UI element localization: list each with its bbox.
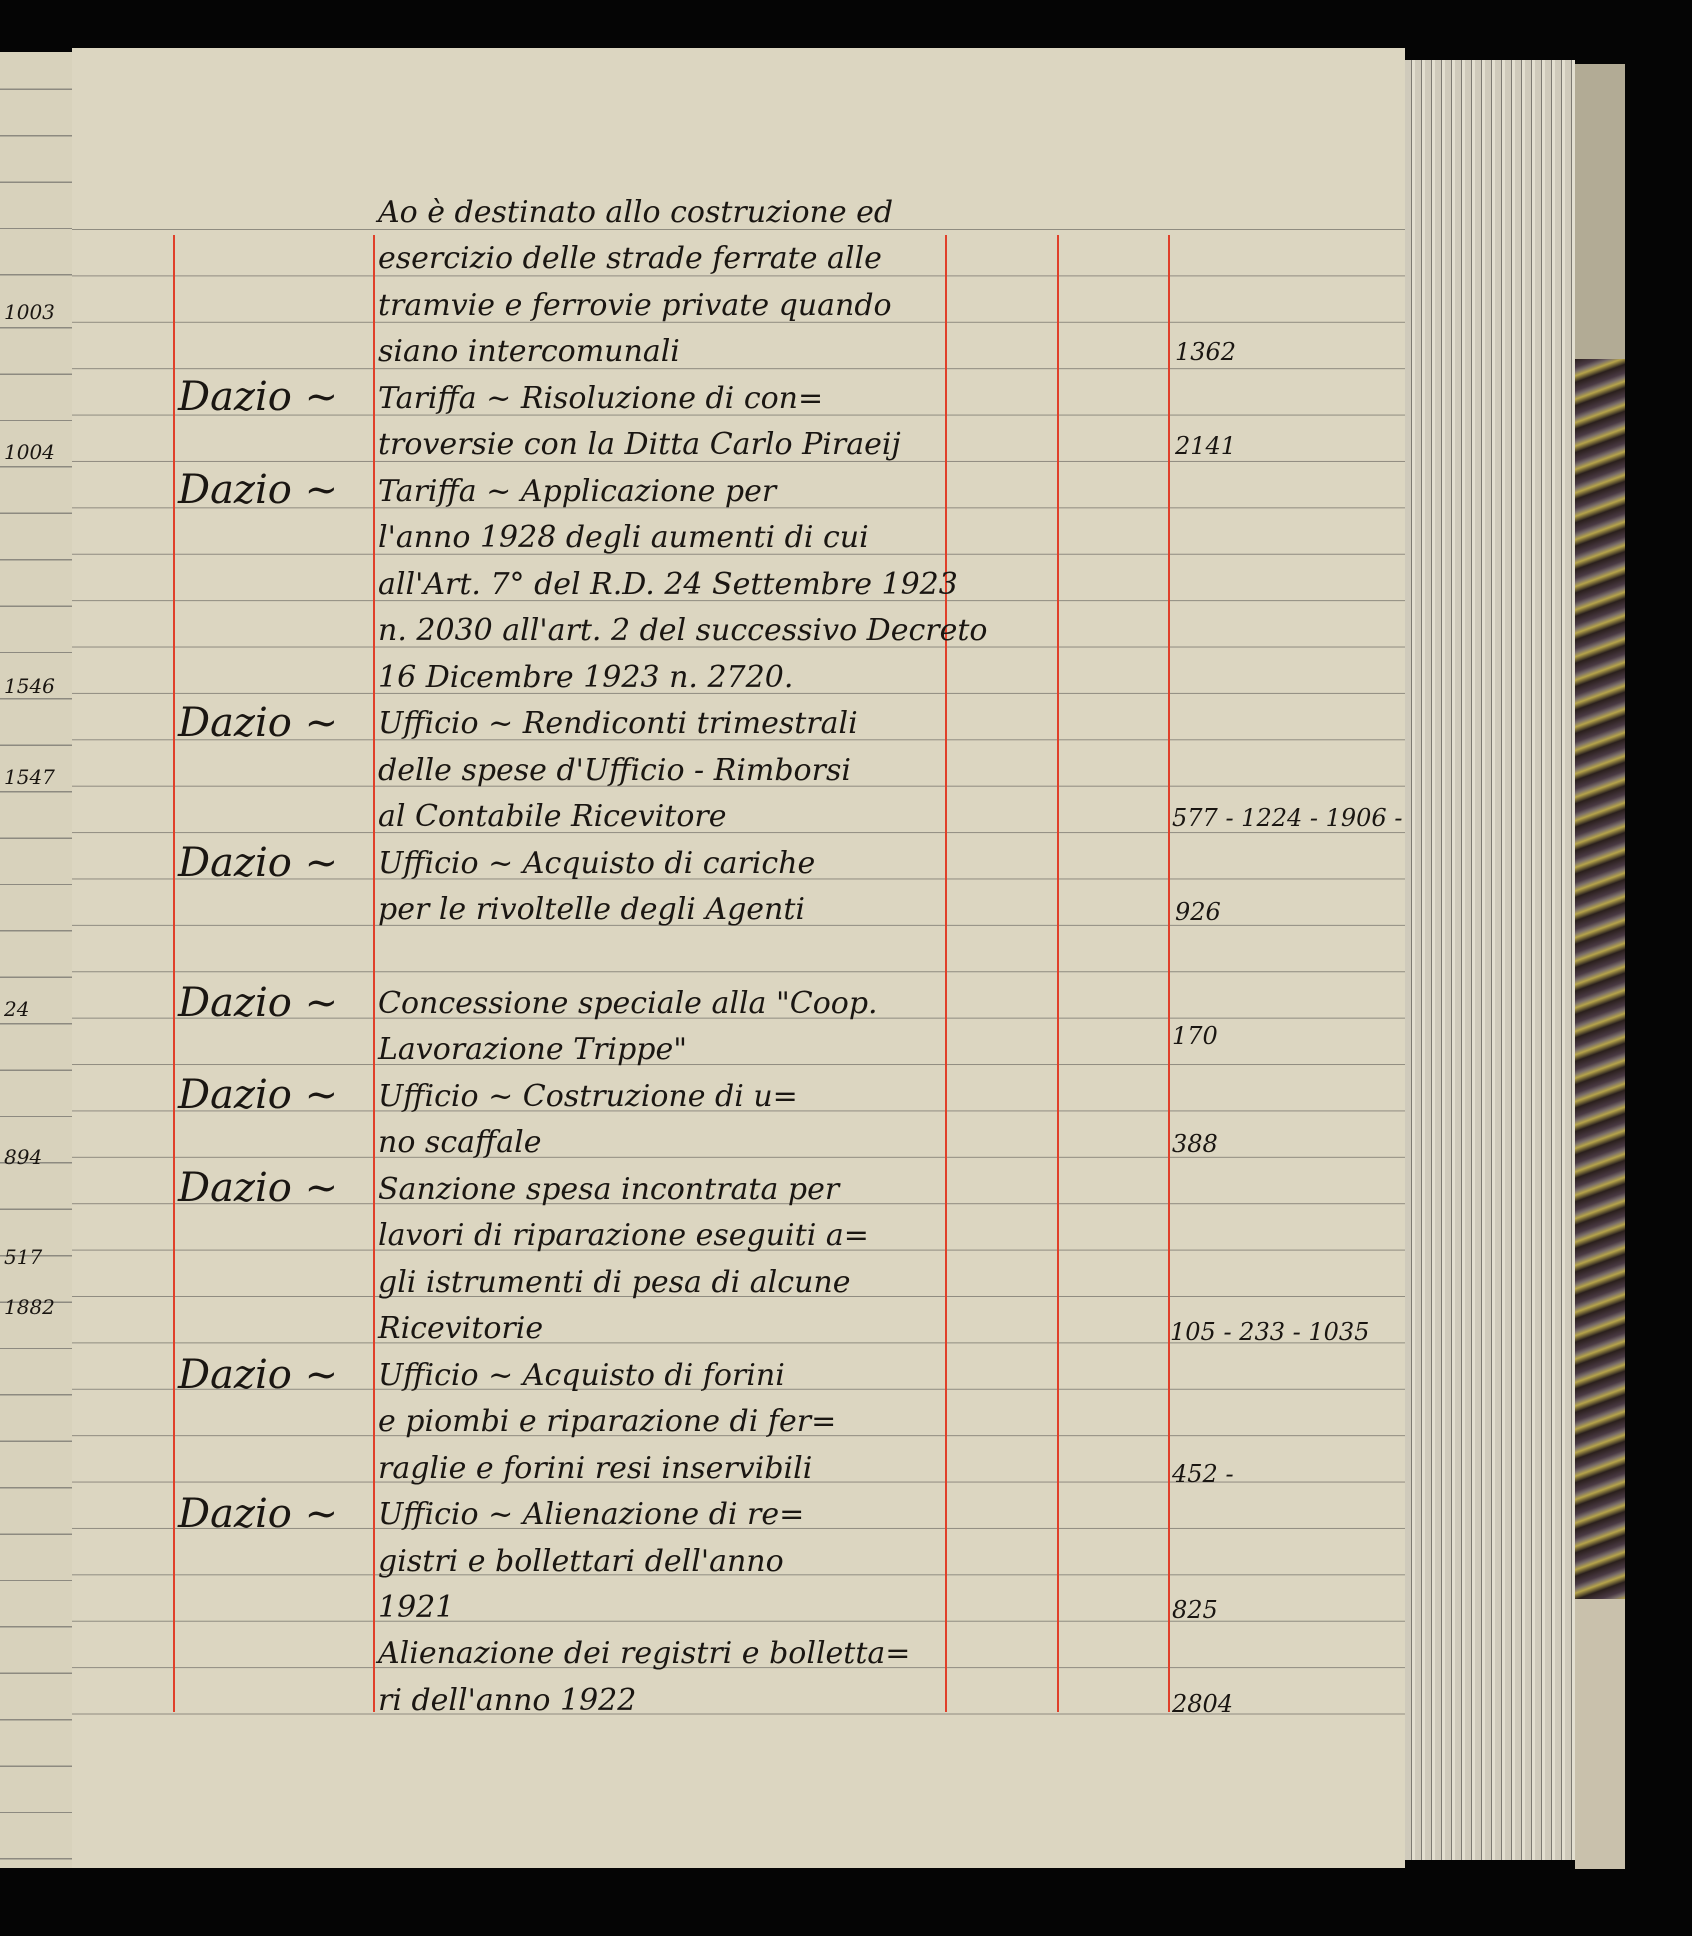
book-cover-corner-bottom <box>1575 1599 1625 1869</box>
left-ref-number: 894 <box>4 1145 42 1169</box>
entry-text-line: Ufficio ~ Rendiconti trimestrali <box>378 701 858 747</box>
entry-text-line: 1921 <box>378 1585 454 1631</box>
left-page-edge <box>0 52 73 1868</box>
entry-text-line: ri dell'anno 1922 <box>378 1678 636 1724</box>
left-ref-number: 1547 <box>4 765 55 789</box>
entry-reference: 452 - <box>1172 1460 1234 1488</box>
entry-category: Dazio ~ <box>178 1165 338 1211</box>
entry-text-line: Alienazione dei registri e bolletta= <box>378 1631 910 1677</box>
entry-reference: 170 <box>1172 1022 1218 1050</box>
entry-category: Dazio ~ <box>178 980 338 1026</box>
entry-text-line: tramvie e ferrovie private quando <box>378 283 892 329</box>
entry-reference: 2141 <box>1175 432 1236 460</box>
entry-category: Dazio ~ <box>178 1491 338 1537</box>
entry-category: Dazio ~ <box>178 1352 338 1398</box>
entry-reference: 577 - 1224 - 1906 - <box>1172 804 1402 832</box>
margin-line-1 <box>173 235 175 1712</box>
entry-text-line: no scaffale <box>378 1120 542 1166</box>
entry-reference: 825 <box>1172 1596 1218 1624</box>
entry-text-line: lavori di riparazione eseguiti a= <box>378 1213 869 1259</box>
entry-text-line: e piombi e riparazione di fer= <box>378 1399 836 1445</box>
left-ref-number: 1546 <box>4 674 55 698</box>
entry-text-line: troversie con la Ditta Carlo Piraeij <box>378 422 901 468</box>
left-ref-number: 517 <box>4 1245 42 1269</box>
entry-text-line: Sanzione spesa incontrata per <box>378 1167 839 1213</box>
entry-category: Dazio ~ <box>178 1072 338 1118</box>
entry-reference: 2804 <box>1172 1690 1233 1718</box>
left-ref-number: 1882 <box>4 1295 55 1319</box>
margin-line-5 <box>1168 235 1170 1712</box>
entry-text-line: n. 2030 all'art. 2 del successivo Decret… <box>378 608 988 654</box>
page-stack-edge <box>1405 60 1575 1860</box>
entry-text-line: all'Art. 7° del R.D. 24 Settembre 1923 <box>378 562 958 608</box>
book-cover-corner <box>1575 64 1625 359</box>
left-ref-number: 1003 <box>4 300 55 324</box>
entry-text-line: gistri e bollettari dell'anno <box>378 1539 784 1585</box>
entry-text-line: l'anno 1928 degli aumenti di cui <box>378 515 869 561</box>
entry-text-line: Ufficio ~ Acquisto di cariche <box>378 841 815 887</box>
entry-reference: 105 - 233 - 1035 <box>1170 1318 1369 1346</box>
entry-text-line: Concessione speciale alla "Coop. <box>378 981 878 1027</box>
entry-category: Dazio ~ <box>178 840 338 886</box>
entry-text-line: raglie e forini resi inservibili <box>378 1446 812 1492</box>
entry-reference: 926 <box>1175 898 1221 926</box>
entry-text-line: Ufficio ~ Costruzione di u= <box>378 1074 798 1120</box>
entry-text-line: Ricevitorie <box>378 1306 543 1352</box>
left-ref-number: 1004 <box>4 440 55 464</box>
left-ref-number: 24 <box>4 997 29 1021</box>
entry-text-line: Tariffa ~ Applicazione per <box>378 469 776 515</box>
margin-line-2 <box>373 235 375 1712</box>
entry-text-line: Ufficio ~ Acquisto di forini <box>378 1353 785 1399</box>
entry-text-line: Ao è destinato allo costruzione ed <box>378 190 893 236</box>
entry-text-line: esercizio delle strade ferrate alle <box>378 236 882 282</box>
entry-text-line: gli istrumenti di pesa di alcune <box>378 1260 850 1306</box>
entry-category: Dazio ~ <box>178 374 338 420</box>
entry-text-line: al Contabile Ricevitore <box>378 794 726 840</box>
entry-text-line: Lavorazione Trippe" <box>378 1027 687 1073</box>
entry-text-line: delle spese d'Ufficio - Rimborsi <box>378 748 851 794</box>
entry-text-line: siano intercomunali <box>378 329 680 375</box>
entry-reference: 388 <box>1172 1130 1218 1158</box>
entry-text-line: Ufficio ~ Alienazione di re= <box>378 1492 804 1538</box>
entry-reference: 1362 <box>1175 338 1236 366</box>
entry-text-line: 16 Dicembre 1923 n. 2720. <box>378 655 793 701</box>
margin-line-4 <box>1057 235 1059 1712</box>
entry-category: Dazio ~ <box>178 467 338 513</box>
margin-line-3 <box>945 235 947 1712</box>
marbled-cover <box>1575 359 1625 1599</box>
entry-text-line: per le rivoltelle degli Agenti <box>378 887 805 933</box>
entry-text-line: Tariffa ~ Risoluzione di con= <box>378 376 823 422</box>
entry-category: Dazio ~ <box>178 700 338 746</box>
